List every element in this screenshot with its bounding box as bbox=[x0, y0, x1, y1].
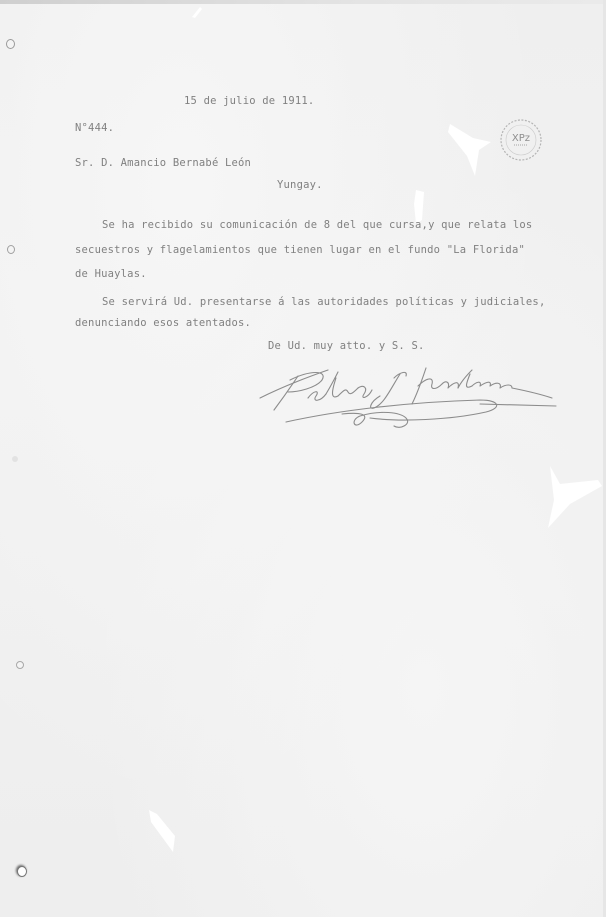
paper-speck-top bbox=[190, 5, 210, 19]
letter-closing: De Ud. muy atto. y S. S. bbox=[268, 340, 425, 352]
punch-hole-icon bbox=[16, 661, 24, 669]
punch-hole-icon bbox=[6, 39, 15, 49]
body-line: Se ha recibido su comunicación de 8 del … bbox=[102, 219, 532, 231]
body-line: de Huaylas. bbox=[75, 268, 147, 280]
handwritten-signature bbox=[250, 360, 570, 435]
body-line: secuestros y flagelamientos que tienen l… bbox=[75, 244, 525, 256]
paper-tear-top-right bbox=[445, 118, 495, 178]
punch-hole-icon bbox=[12, 456, 18, 462]
paper-tear-bottom bbox=[145, 808, 181, 858]
body-line: denunciando esos atentados. bbox=[75, 317, 251, 329]
punch-hole-icon bbox=[7, 245, 15, 254]
body-line: Se servirá Ud. presentarse á las autorid… bbox=[102, 296, 545, 308]
letter-date: 15 de julio de 1911. bbox=[184, 95, 314, 107]
addressee-name: Sr. D. Amancio Bernabé León bbox=[75, 157, 251, 169]
paper-top-edge bbox=[0, 0, 606, 4]
svg-text:XPz: XPz bbox=[512, 133, 530, 144]
paper-tear-right bbox=[540, 462, 606, 532]
punch-hole-icon bbox=[17, 866, 27, 877]
archive-stamp-icon: XPz bbox=[498, 117, 544, 163]
scanned-letter-page: XPz 15 de julio de 1911. N°444. Sr. D. A… bbox=[0, 0, 606, 917]
reference-number: N°444. bbox=[75, 122, 114, 134]
addressee-place: Yungay. bbox=[277, 179, 323, 191]
